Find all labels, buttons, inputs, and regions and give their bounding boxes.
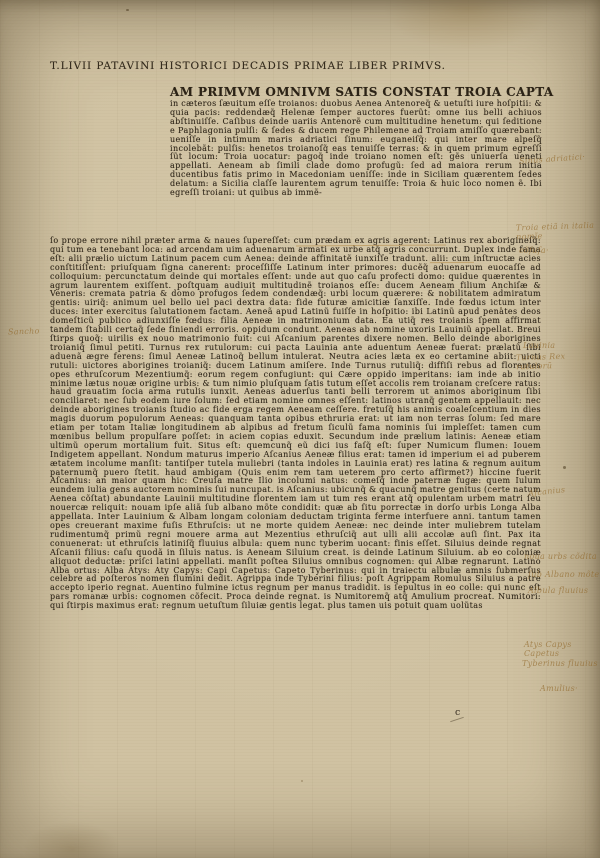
opening-line: AM PRIMVM OMNIVM SATIS CONSTAT TROIA CAP…: [170, 85, 542, 99]
opening-paragraph: in cæteros ſæuitum eſſe troianos: duobus…: [170, 100, 542, 198]
ink-speck: [301, 780, 303, 782]
marginal-note: ſub Albano mõte: [528, 570, 600, 579]
body-paragraph: ſo prope errore nihil præter arma & naue…: [50, 237, 541, 611]
marginal-note: Tyberinus fluuius: [522, 659, 600, 668]
marginal-note: Amulius·: [540, 684, 578, 693]
ink-speck: [563, 466, 566, 469]
marginal-note: noua urbs cõdita: [524, 552, 600, 561]
marginal-note: Turnus Rex rutulorũ: [516, 351, 599, 372]
ink-speck: [126, 9, 129, 11]
marginal-note: Troia etiã in italia nomĩe: [516, 221, 599, 242]
opening-block: AM PRIMVM OMNIVM SATIS CONSTAT TROIA CAP…: [170, 85, 542, 198]
marginal-note: Atys Capys Capetus: [524, 640, 600, 658]
signature-mark: c: [455, 707, 460, 718]
ink-speck: [500, 307, 502, 309]
marginal-note: cõfuſa·: [519, 246, 549, 255]
marginal-note: Sancho: [8, 326, 40, 336]
page-title: T.LIVII PATAVINI HISTORICI DECADIS PRIMA…: [50, 60, 550, 72]
marginal-note: Lauinia: [523, 341, 555, 350]
marginal-note: Albula fluuius: [528, 586, 600, 595]
paper-page: T.LIVII PATAVINI HISTORICI DECADIS PRIMA…: [0, 0, 600, 858]
